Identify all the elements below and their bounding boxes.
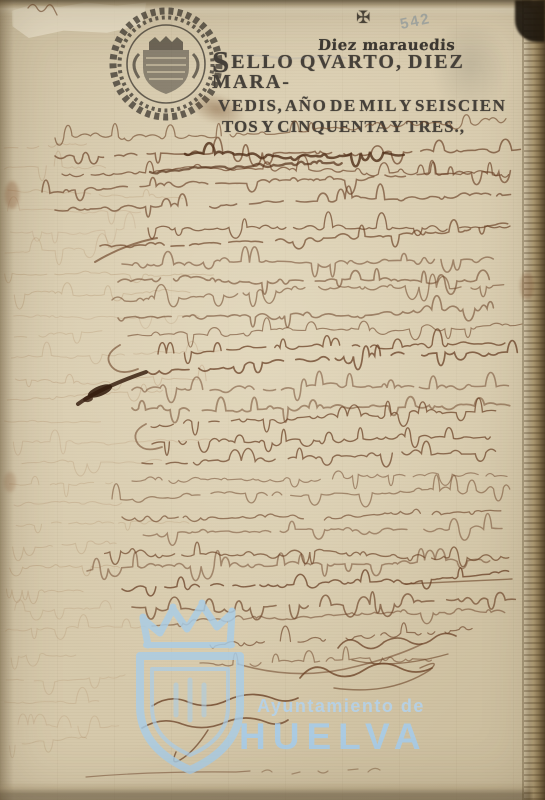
handwriting-stroke xyxy=(11,654,84,670)
handwriting-stroke xyxy=(142,441,507,467)
handwriting-stroke xyxy=(150,161,342,174)
handwriting-stroke xyxy=(14,501,121,506)
handwriting-stroke xyxy=(87,549,501,581)
handwriting-stroke xyxy=(122,247,493,277)
handwriting-stroke xyxy=(151,398,496,435)
handwriting-stroke xyxy=(10,213,135,244)
handwriting-stroke xyxy=(22,459,162,476)
watermark-line2: HUELVA xyxy=(239,716,428,758)
watermark-line1: Ayuntamiento de xyxy=(257,696,425,717)
handwriting-stroke xyxy=(6,589,83,604)
handwriting-stroke xyxy=(55,184,511,217)
ink-blot xyxy=(5,181,19,209)
handwriting-stroke xyxy=(4,143,86,148)
handwriting-stroke xyxy=(11,341,219,363)
handwriting-stroke xyxy=(18,714,119,738)
ink-blot xyxy=(520,272,534,300)
handwriting-stroke xyxy=(10,565,120,576)
handwriting-stroke xyxy=(122,509,501,521)
handwriting-stroke xyxy=(132,371,508,402)
handwriting-stroke xyxy=(232,56,346,59)
handwriting-stroke xyxy=(13,541,116,561)
huelva-shield-icon xyxy=(140,600,241,771)
handwriting-stroke xyxy=(95,238,157,262)
handwriting-stroke xyxy=(5,420,101,422)
handwritten-text-block xyxy=(0,0,545,800)
handwriting-stroke xyxy=(14,331,102,343)
handwriting-stroke xyxy=(112,475,510,507)
handwriting-stroke xyxy=(15,600,112,620)
handwriting-stroke xyxy=(118,269,503,295)
manuscript-page: ✠ 542 Diez marauedis SELLO QVARTO, DIEZ … xyxy=(0,0,545,800)
handwriting-stroke xyxy=(158,329,505,364)
handwriting-stroke xyxy=(10,476,113,496)
handwriting-stroke xyxy=(8,189,183,198)
handwriting-stroke xyxy=(10,737,87,758)
handwriting-stroke xyxy=(14,283,190,309)
handwriting-stroke xyxy=(148,212,510,239)
handwriting-stroke xyxy=(185,143,404,166)
handwriting-stroke xyxy=(238,644,422,674)
handwriting-stroke xyxy=(6,675,125,695)
handwriting-stroke xyxy=(143,514,502,546)
handwriting-stroke xyxy=(28,5,57,16)
handwriting-stroke xyxy=(148,341,517,375)
handwriting-stroke xyxy=(300,663,432,678)
handwriting-stroke xyxy=(108,345,138,372)
huelva-watermark-shield xyxy=(118,593,263,798)
handwriting-stroke xyxy=(135,424,162,449)
handwriting-stroke xyxy=(5,687,99,703)
handwriting-stroke xyxy=(132,397,510,423)
handwriting-stroke xyxy=(55,137,520,166)
handwriting-stroke xyxy=(16,521,189,533)
ink-blot xyxy=(4,472,16,492)
handwriting-stroke xyxy=(100,220,508,249)
handwriting-stroke xyxy=(262,768,380,774)
